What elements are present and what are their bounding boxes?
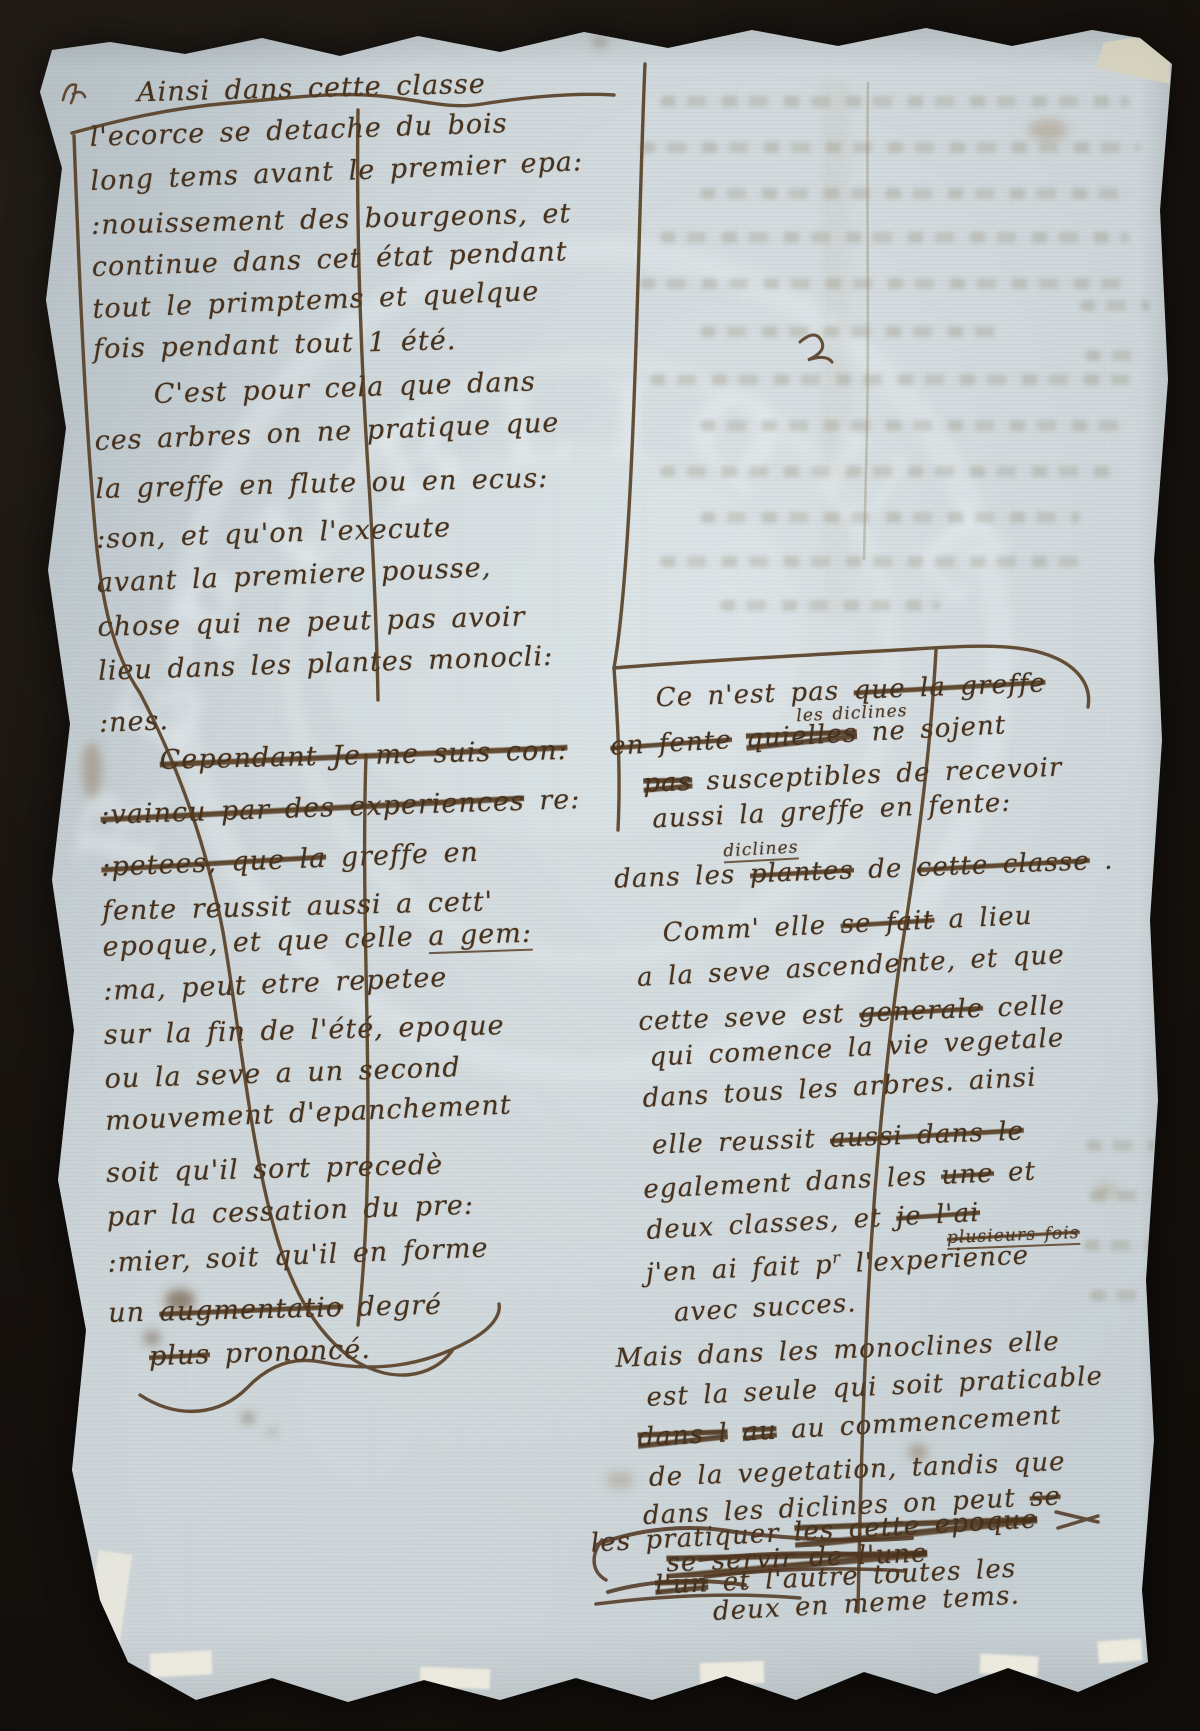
manuscript-photo: REPUBLIQUE Ainsi dans cette classel'ecor… (0, 0, 1200, 1731)
paper-shadow-wrap: REPUBLIQUE Ainsi dans cette classel'ecor… (0, 0, 1200, 1731)
ink-overlay (0, 0, 1200, 1731)
top-wavy-rule (72, 94, 614, 133)
torn-edge-highlight (980, 1653, 1039, 1676)
manuscript-paper: REPUBLIQUE Ainsi dans cette classel'ecor… (0, 0, 1200, 1731)
torn-edge-highlight (420, 1667, 491, 1689)
right-column-rule (858, 650, 936, 1612)
torn-edge-highlight (1097, 1638, 1142, 1663)
ink-strikethrough-scribbles (594, 1512, 1098, 1604)
left-lower-curve (140, 693, 452, 1375)
ink-stains (82, 37, 1118, 1489)
divider-lower-tail (614, 668, 619, 830)
right-horizontal-rule (614, 646, 1089, 707)
column-divider-rule (614, 64, 645, 668)
mid-vertical-rule-lower (358, 755, 368, 1325)
margin-mark (63, 85, 85, 103)
marginal-squiggle-2 (800, 335, 832, 362)
left-border-rule (74, 136, 140, 693)
ink-border-lines (63, 64, 1089, 1612)
torn-edge-highlight (149, 1650, 212, 1677)
mid-vertical-rule-upper (358, 110, 378, 700)
bleed-vertical-rule (864, 82, 868, 560)
torn-edge-highlight (700, 1661, 765, 1685)
